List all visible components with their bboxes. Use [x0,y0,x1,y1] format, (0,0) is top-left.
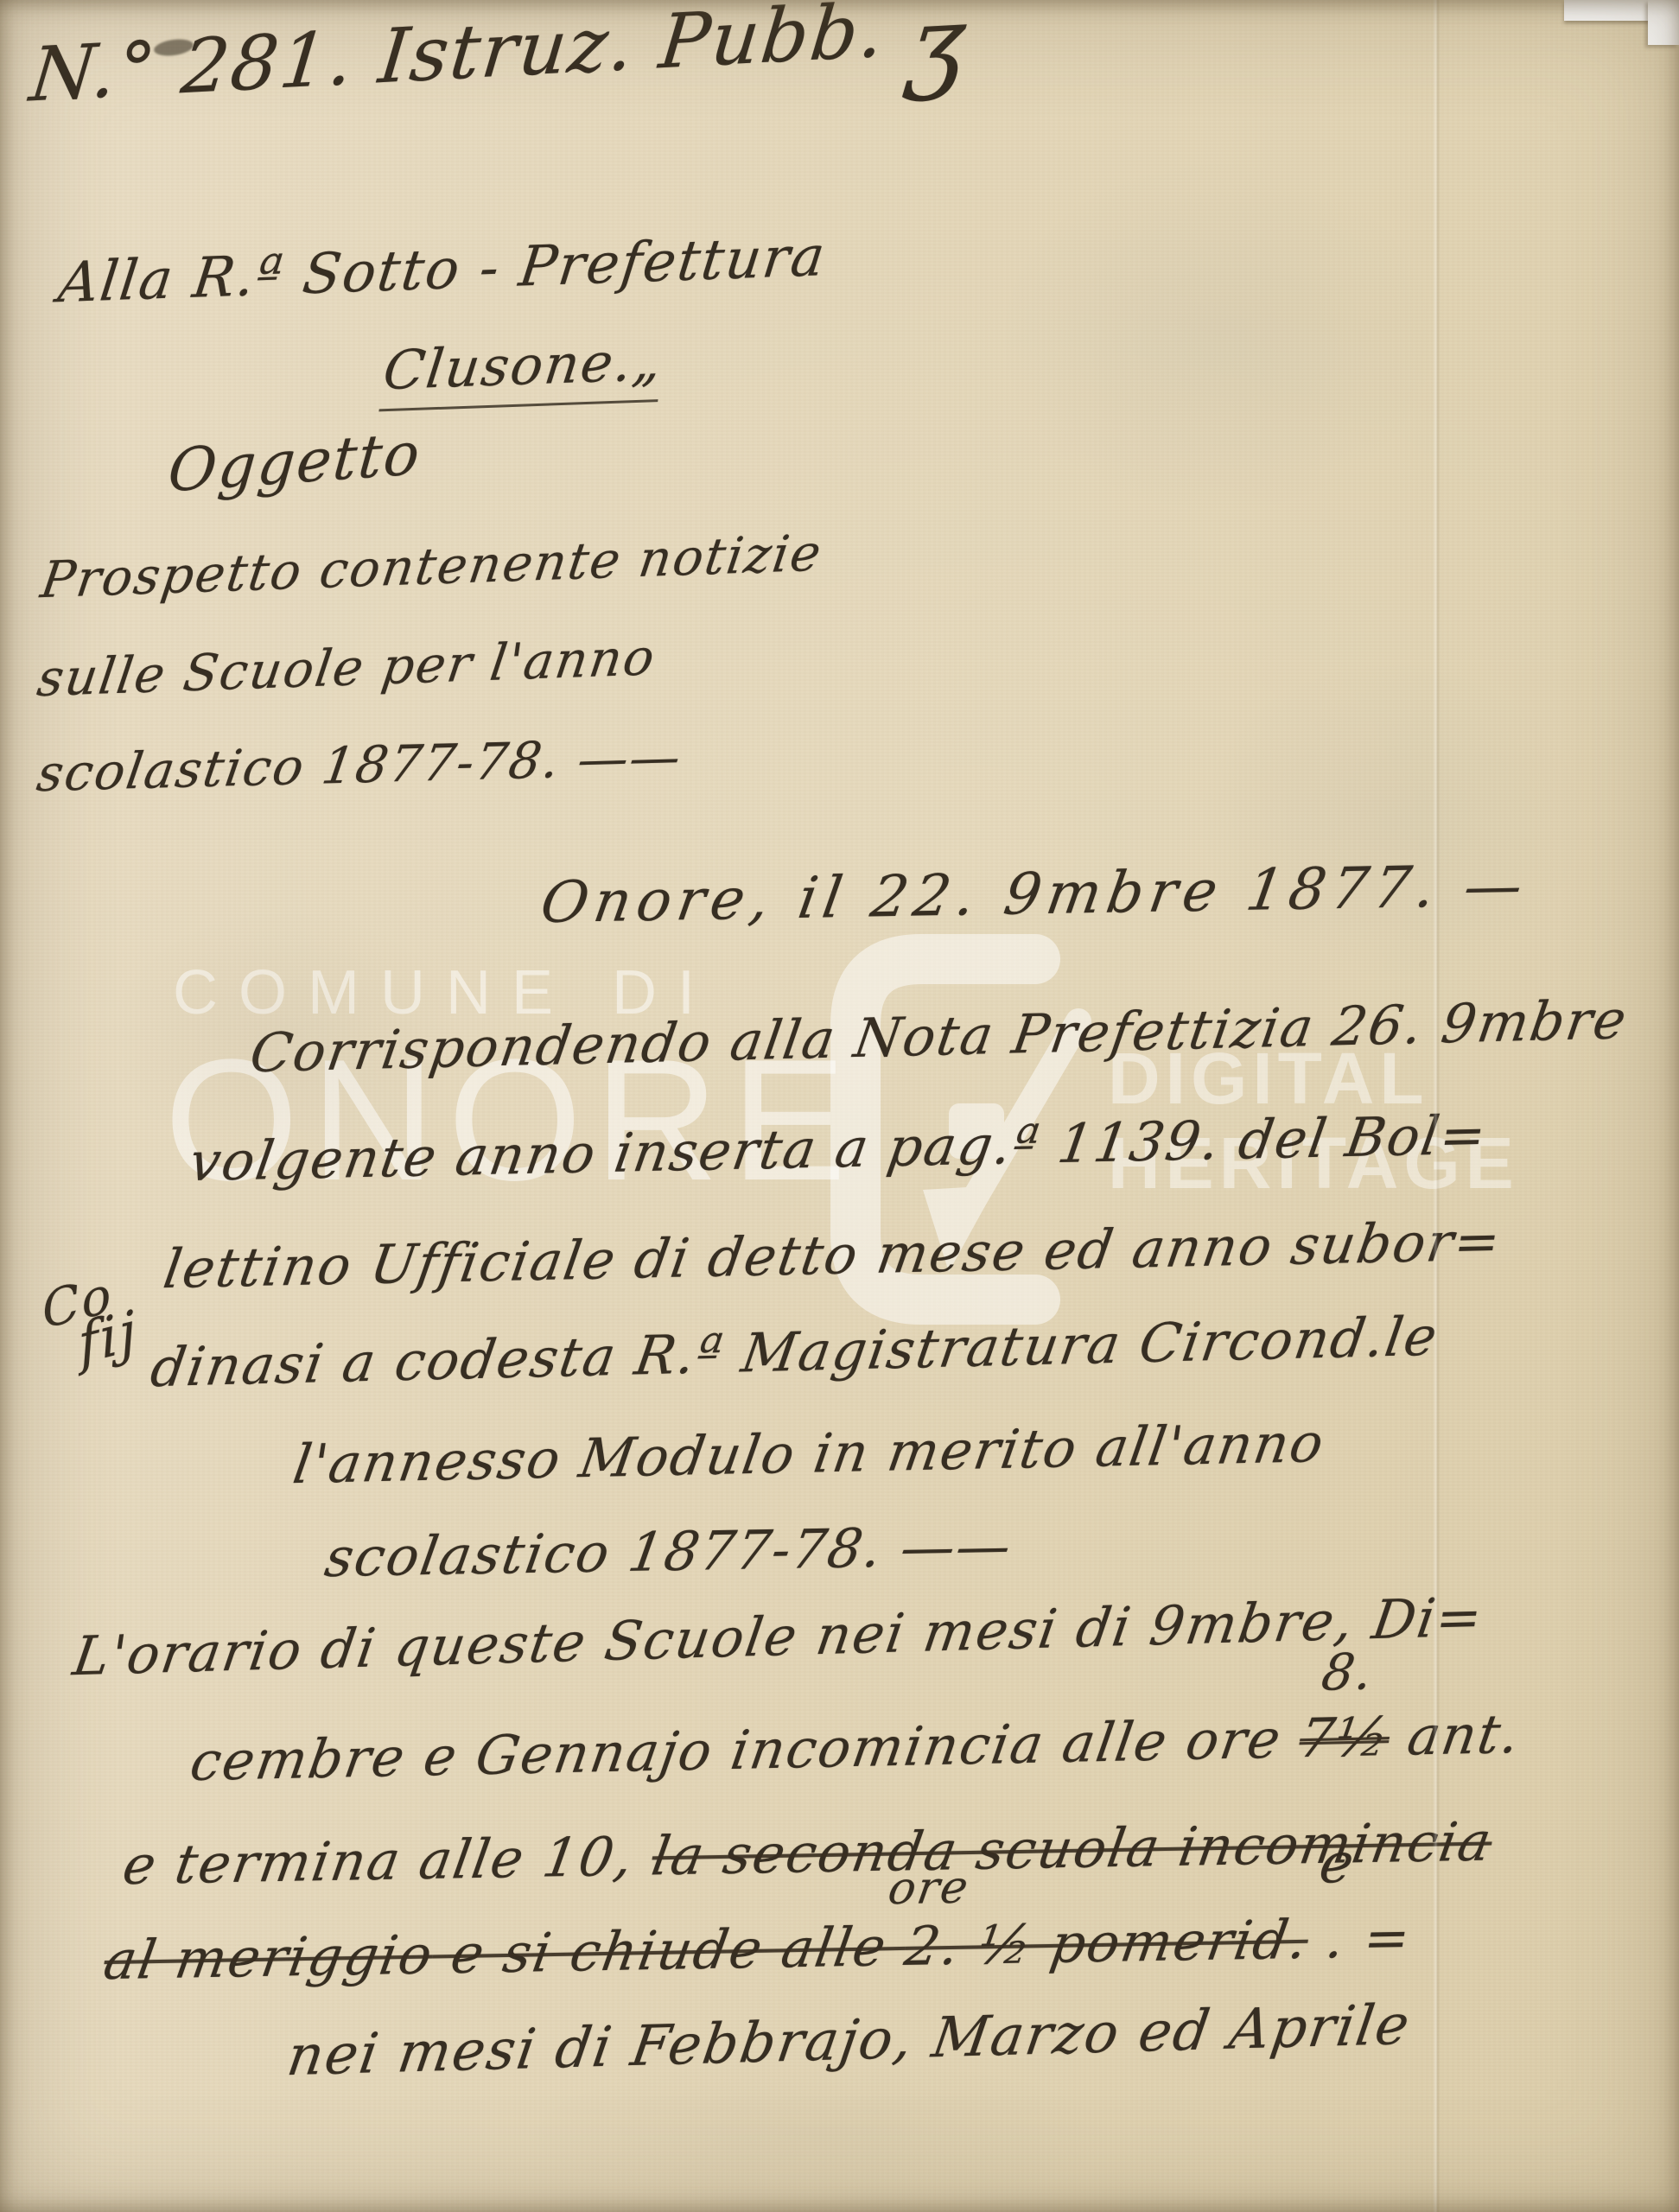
body-line-3: lettino Ufficiale di detto mese ed anno … [160,1215,1505,1297]
struck-hour: 7½ [1295,1705,1395,1770]
recipient-place-text: Clusone.„ [378,329,666,412]
line10-correction: 2. ½ pomerid.oree [901,1913,1313,1974]
body-line-10: al meriggio e si chiude alle 2. ½ pomeri… [100,1911,1415,1988]
line9-text: e termina alle 10, [118,1824,658,1897]
body-line-8: cembre e Gennajo incomincia alle ore 7½8… [187,1707,1524,1789]
body-line-7: L'orario di queste Scuole nei mesi di 9m… [70,1590,1487,1683]
body-line-5: l'annesso Modulo in merito all'anno [289,1416,1328,1491]
line10-struck-3: 2. ½ pomerid. [900,1908,1313,1978]
inserted-hour: 8. [1319,1646,1377,1697]
recipient-line: Alla R.ª Sotto - Prefettura [55,229,829,311]
stain-top-right [994,156,1443,518]
line9-struck: la seconda scuola incomincia [647,1809,1497,1887]
stain-bottom [518,2056,1123,2212]
subject-label: Oggetto [166,425,423,502]
body-line-9: e termina alle 10, la seconda scuola inc… [119,1815,1496,1892]
corrected-hour: 7½8. [1296,1710,1394,1765]
margin-note-line-2: fij [76,1303,141,1373]
subject-line-2: sulle Scuole per l'anno [35,632,659,703]
recipient-place: Clusone.„ [380,334,665,398]
stain-mid-right [1192,657,1590,985]
torn-corner-notch-step [1648,0,1679,45]
reference-number: N.° 281. Istruz. Pubb. ʒ [23,0,972,143]
line8-suffix: ant. [1384,1702,1525,1768]
body-line-1: Corrispondendo alla Nota Prefettizia 26.… [247,993,1631,1080]
reference-flourish: ʒ [902,0,973,105]
line10-struck-2: e si chiude alle [428,1915,911,1986]
subject-line-3: scolastico 1877-78. —— [34,731,685,798]
margin-note: Co fij [40,1263,140,1382]
line8-text: cembre e Gennajo incomincia alle ore [187,1707,1306,1793]
inserted-ore: ore [885,1866,972,1912]
body-line-6: scolastico 1877-78. —— [321,1519,1016,1585]
line10-suffix: . = [1303,1906,1416,1971]
body-line-2: volgente anno inserta a pag.ª 1139. del … [186,1109,1491,1190]
reference-text: N.° 281. Istruz. Pubb. [26,0,889,119]
subject-line-1: Prospetto contenente notizie [38,527,826,605]
body-line-11: nei mesi di Febbrajo, Marzo ed Aprile [284,1998,1415,2085]
body-line-4: dinasi a codesta R.ª Magistratura Circon… [148,1310,1442,1395]
manuscript-letter-scan: COMUNE DI ONORE DIGITAL HERITAGE N.° 281… [0,0,1679,2212]
dateline: Onore, il 22. 9mbre 1877. — [537,857,1533,931]
line10-struck-1: al meriggio [99,1923,438,1992]
torn-corner-notch [1564,0,1679,21]
